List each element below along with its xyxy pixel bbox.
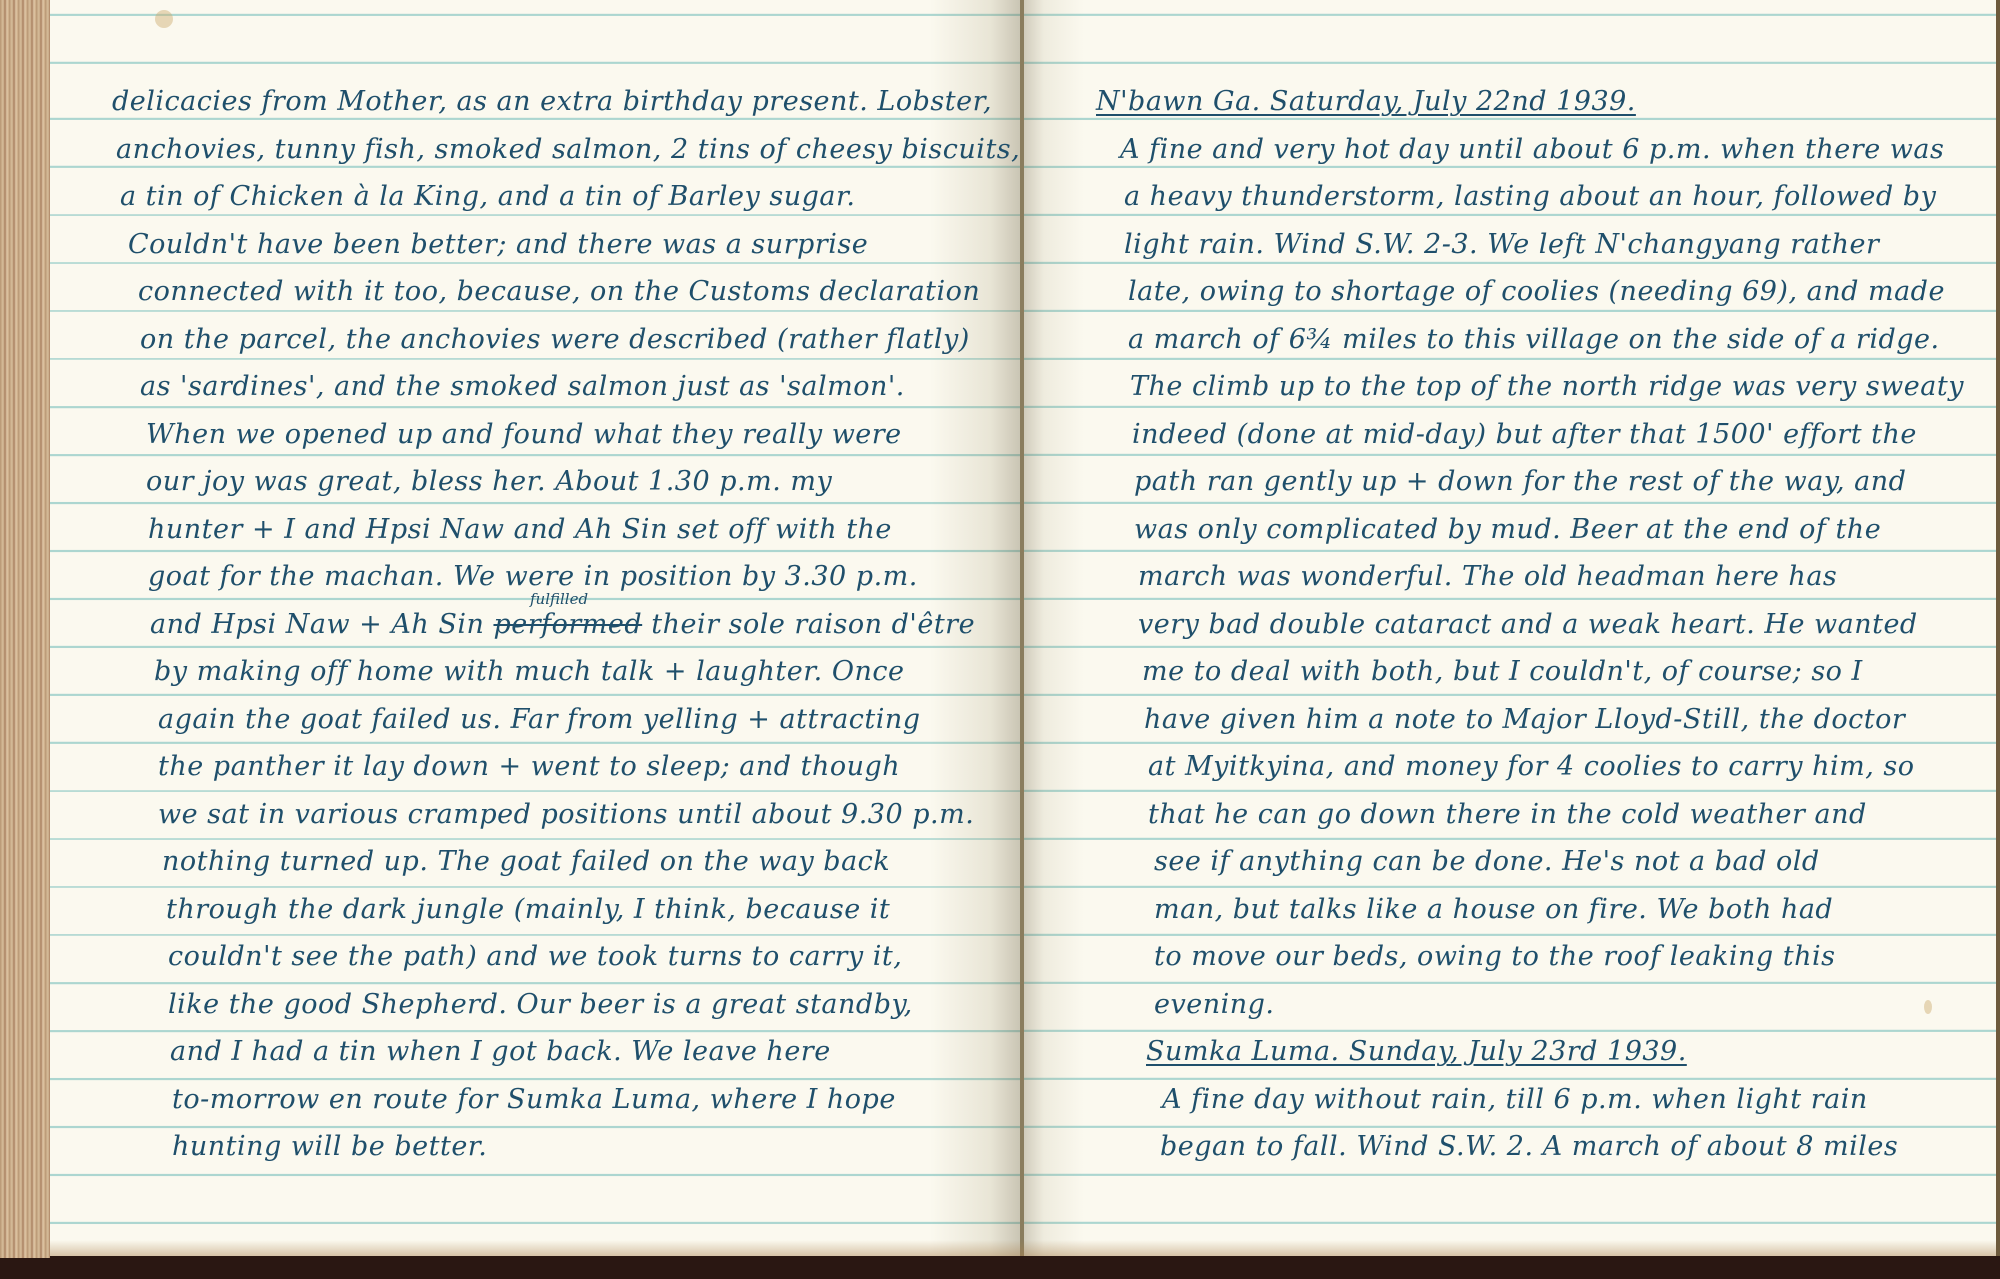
stain (1924, 1000, 1932, 1014)
text-line: goat for the machan. We were in position… (148, 561, 918, 592)
text-line: nothing turned up. The goat failed on th… (162, 846, 890, 877)
text-line: and I had a tin when I got back. We leav… (170, 1036, 831, 1067)
text-line: on the parcel, the anchovies were descri… (140, 324, 970, 355)
inserted-word: fulfilled (530, 590, 588, 608)
text-line: a tin of Chicken à la King, and a tin of… (120, 181, 856, 212)
text-line: A fine day without rain, till 6 p.m. whe… (1162, 1084, 1868, 1115)
text-line: see if anything can be done. He's not a … (1154, 846, 1820, 877)
text-line: began to fall. Wind S.W. 2. A march of a… (1160, 1131, 1898, 1162)
text-line: hunting will be better. (172, 1131, 487, 1162)
text-line: couldn't see the path) and we took turns… (168, 941, 902, 972)
text-line: again the goat failed us. Far from yelli… (158, 704, 921, 735)
text-line: Couldn't have been better; and there was… (128, 229, 868, 260)
text-line: to-morrow en route for Sumka Luma, where… (172, 1084, 896, 1115)
text-line: the panther it lay down + went to sleep;… (158, 751, 900, 782)
text-line: The climb up to the top of the north rid… (1130, 371, 1964, 402)
text-segment: their sole raison d'être (651, 609, 975, 640)
left-page: delicacies from Mother, as an extra birt… (50, 0, 1020, 1256)
text-line: our joy was great, bless her. About 1.30… (146, 466, 832, 497)
text-line-with-correction: and Hpsi Naw + Ah Sin performed their so… (150, 609, 975, 640)
text-line: me to deal with both, but I couldn't, of… (1142, 656, 1863, 687)
text-line: like the good Shepherd. Our beer is a gr… (168, 989, 913, 1020)
text-line: path ran gently up + down for the rest o… (1134, 466, 1906, 497)
text-line: anchovies, tunny fish, smoked salmon, 2 … (116, 134, 1020, 165)
text-line: hunter + I and Hpsi Naw and Ah Sin set o… (148, 514, 892, 545)
text-line: we sat in various cramped positions unti… (158, 799, 974, 830)
entry-heading-july-23: Sumka Luma. Sunday, July 23rd 1939. (1146, 1036, 1687, 1067)
text-line: through the dark jungle (mainly, I think… (166, 894, 890, 925)
text-line: late, owing to shortage of coolies (need… (1128, 276, 1945, 307)
text-line: that he can go down there in the cold we… (1148, 799, 1867, 830)
text-line: When we opened up and found what they re… (146, 419, 902, 450)
text-line: very bad double cataract and a weak hear… (1138, 609, 1918, 640)
text-line: indeed (done at mid-day) but after that … (1132, 419, 1917, 450)
page-edges (0, 0, 50, 1258)
page-bottom-edge (50, 1240, 1996, 1256)
text-line: march was wonderful. The old headman her… (1138, 561, 1837, 592)
text-line: a march of 6¾ miles to this village on t… (1128, 324, 1940, 355)
text-line: as 'sardines', and the smoked salmon jus… (140, 371, 905, 402)
text-line: connected with it too, because, on the C… (138, 276, 980, 307)
text-line: evening. (1154, 989, 1275, 1020)
text-line: to move our beds, owing to the roof leak… (1154, 941, 1836, 972)
text-line: man, but talks like a house on fire. We … (1154, 894, 1833, 925)
text-line: have given him a note to Major Lloyd-Sti… (1144, 704, 1905, 735)
right-page: N'bawn Ga. Saturday, July 22nd 1939. A f… (1024, 0, 1996, 1256)
text-line: light rain. Wind S.W. 2-3. We left N'cha… (1124, 229, 1879, 260)
text-line: delicacies from Mother, as an extra birt… (112, 86, 992, 117)
open-notebook: delicacies from Mother, as an extra birt… (0, 0, 2000, 1279)
text-line: A fine and very hot day until about 6 p.… (1120, 134, 1944, 165)
text-line: was only complicated by mud. Beer at the… (1134, 514, 1881, 545)
page-edge (1996, 0, 2000, 1256)
text-line: at Myitkyina, and money for 4 coolies to… (1148, 751, 1915, 782)
text-segment: and Hpsi Naw + Ah Sin (150, 609, 484, 640)
text-line: by making off home with much talk + laug… (154, 656, 904, 687)
text-line: a heavy thunderstorm, lasting about an h… (1124, 181, 1936, 212)
stain (155, 10, 173, 28)
struck-word: performed (493, 609, 642, 640)
entry-heading-july-22: N'bawn Ga. Saturday, July 22nd 1939. (1096, 86, 1636, 117)
